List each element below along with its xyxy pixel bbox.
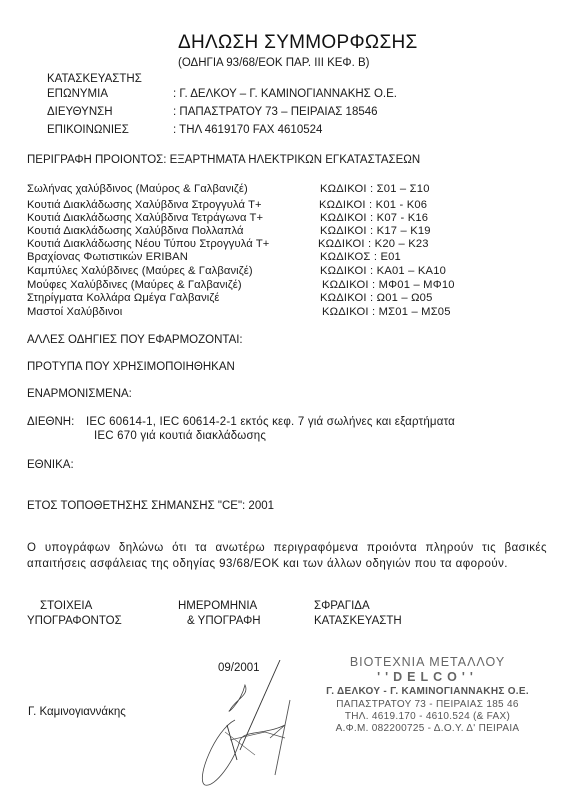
national-heading: ΕΘΝΙΚΑ: (27, 459, 74, 471)
standards-used-heading: ΠΡΟΤΥΠΑ ΠΟΥ ΧΡΗΣΙΜΟΠΟΙΗΘΗΚΑΝ (27, 361, 235, 373)
international-label: ΔΙΕΘΝΗ: (27, 416, 74, 428)
product-name: Κουτιά Διακλάδωσης Χαλύβδινα Τετράγωνα Τ… (27, 212, 263, 224)
international-standards-line-1: IEC 60614-1, IEC 60614-2-1 εκτός κεφ. 7 … (86, 416, 455, 428)
signer-name: Γ. Καμινογιαννάκης (28, 706, 126, 718)
product-name: Μούφες Χαλύβδινες (Μαύρες & Γαλβανιζέ) (27, 279, 242, 291)
product-name: Βραχίονας Φωτιστικών ERIBAN (27, 251, 188, 263)
field-label-name: ΕΠΩΝΥΜΙΑ (47, 88, 108, 100)
product-codes: ΚΩΔΙΚΟΙ : ΜΦ01 – ΜΦ10 (322, 279, 455, 291)
product-codes: ΚΩΔΙΚΟΙ : Σ01 – Σ10 (320, 183, 430, 195)
product-codes: ΚΩΔΙΚΟΣ : Ε01 (320, 251, 401, 263)
field-value-contact: : ΤΗΛ 4619170 FAX 4610524 (173, 124, 322, 136)
product-name: Κουτιά Διακλάδωσης Χαλύβδινα Πολλαπλά (27, 225, 244, 237)
signer-label-line-2: ΥΠΟΓΡΑΦΟΝΤΟΣ (27, 615, 122, 627)
product-name: Μαστοί Χαλύβδινοι (27, 306, 122, 318)
product-codes: ΚΩΔΙΚΟΙ : Κ20 – Κ23 (318, 238, 429, 250)
manufacturer-heading: ΚΑΤΑΣΚΕΥΑΣΤΗΣ (47, 73, 142, 85)
product-name: Κουτιά Διακλάδωσης Νέου Τύπου Στρογγυλά … (27, 238, 269, 250)
stamp-label-line-2: ΚΑΤΑΣΚΕΥΑΣΤΗ (314, 615, 402, 627)
product-codes: ΚΩΔΙΚΟΙ : ΚΑ01 – ΚΑ10 (320, 265, 446, 277)
document-subtitle: (ΟΔΗΓΙΑ 93/68/ΕΟΚ ΠΑΡ. III ΚΕΦ. Β) (178, 57, 370, 69)
field-value-address: : ΠΑΠΑΣΤΡΑΤΟΥ 73 – ΠΕΙΡΑΙΑΣ 18546 (173, 106, 378, 118)
product-codes: ΚΩΔΙΚΟΙ : Ω01 – Ω05 (320, 292, 433, 304)
product-name: Στηρίγματα Κολλάρα Ωμέγα Γαλβανιζέ (27, 292, 219, 304)
international-standards-line-2: IEC 670 γιά κουτιά διακλάδωσης (94, 430, 266, 442)
product-name: Κουτιά Διακλάδωσης Χαλύβδινα Στρογγυλά Τ… (27, 199, 262, 211)
handwritten-signature (195, 660, 315, 790)
product-codes: ΚΩΔΙΚΟΙ : ΜΣ01 – ΜΣ05 (322, 306, 451, 318)
stamp-company: Γ. ΔΕΛΚΟΥ - Γ. ΚΑΜΙΝΟΓΙΑΝΝΑΚΗΣ Ο.Ε. (320, 686, 535, 697)
date-label-line-1: ΗΜΕΡΟΜΗΝΙΑ (178, 600, 257, 612)
date-label-line-2: & ΥΠΟΓΡΑΦΗ (187, 615, 261, 627)
product-codes: ΚΩΔΙΚΟΙ : Κ07 - Κ16 (320, 212, 428, 224)
other-directives-heading: ΑΛΛΕΣ ΟΔΗΓΙΕΣ ΠΟΥ ΕΦΑΡΜΟΖΟΝΤΑΙ: (27, 334, 243, 346)
harmonized-heading: ΕΝΑΡΜΟΝΙΣΜΕΝΑ: (27, 388, 132, 400)
stamp-tax-info: Α.Φ.Μ. 082200725 - Δ.Ο.Υ. Δ' ΠΕΙΡΑΙΑ (320, 723, 535, 734)
product-codes: ΚΩΔΙΚΟΙ : Κ01 - Κ06 (319, 199, 427, 211)
stamp-brand: ''DELCO'' (320, 670, 535, 684)
signer-label-line-1: ΣΤΟΙΧΕΙΑ (40, 600, 92, 612)
product-description: ΠΕΡΙΓΡΑΦΗ ΠΡΟΙΟΝΤΟΣ: ΕΞΑΡΤΗΜΑΤΑ ΗΛΕΚΤΡΙΚ… (27, 154, 420, 166)
product-name: Καμπύλες Χαλύβδινες (Μαύρες & Γαλβανιζέ) (27, 265, 253, 277)
stamp-phone: ΤΗΛ. 4619.170 - 4610.524 (& FAX) (320, 711, 535, 722)
field-value-name: : Γ. ΔΕΛΚΟΥ – Γ. ΚΑΜΙΝΟΓΙΑΝΝΑΚΗΣ Ο.Ε. (173, 88, 397, 100)
ce-marking-year: ΕΤΟΣ ΤΟΠΟΘΕΤΗΣΗΣ ΣΗΜΑΝΣΗΣ "CE": 2001 (27, 500, 274, 512)
stamp-address: ΠΑΠΑΣΤΡΑΤΟΥ 73 - ΠΕΙΡΑΙΑΣ 185 46 (320, 699, 535, 710)
declaration-text: Ο υπογράφων δηλώνω ότι τα ανωτέρω περιγρ… (27, 541, 547, 572)
product-name: Σωλήνας χαλύβδινος (Μαύρος & Γαλβανιζέ) (27, 183, 248, 195)
field-label-address: ΔΙΕΥΘΥΝΣΗ (47, 106, 113, 118)
document-title: ΔΗΛΩΣΗ ΣΥΜΜΟΡΦΩΣΗΣ (178, 32, 418, 54)
product-codes: ΚΩΔΙΚΟΙ : Κ17 – Κ19 (320, 225, 431, 237)
stamp-label-line-1: ΣΦΡΑΓΙΔΑ (314, 600, 370, 612)
stamp-title: ΒΙΟΤΕΧΝΙΑ ΜΕΤΑΛΛΟΥ (320, 655, 535, 669)
field-label-contact: ΕΠΙΚΟΙΝΩΝΙΕΣ (47, 124, 129, 136)
